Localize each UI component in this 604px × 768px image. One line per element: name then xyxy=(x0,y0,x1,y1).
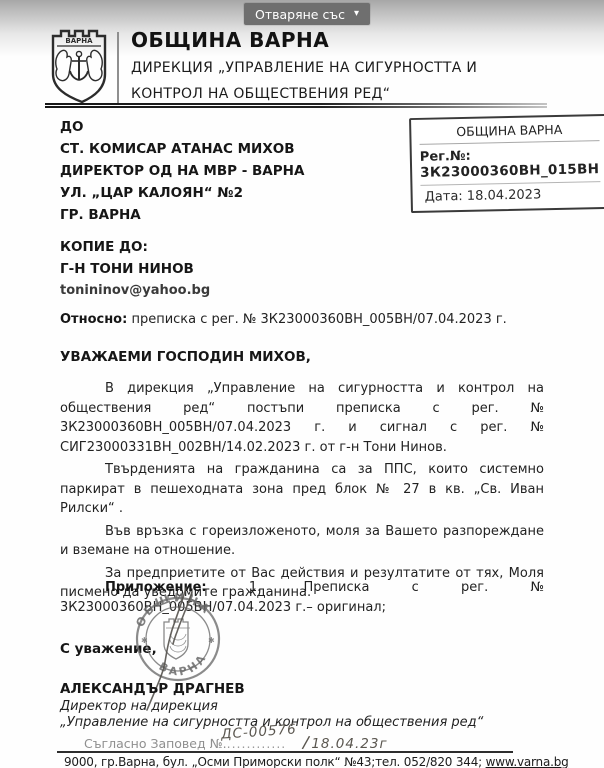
recipient-block: ДО СТ. КОМИСАР АТАНАС МИХОВ ДИРЕКТОР ОД … xyxy=(60,116,304,226)
reg-stamp-org: ОБЩИНА ВАРНА xyxy=(419,121,599,145)
body-paragraph: Твърденията на гражданина са за ППС, кои… xyxy=(60,460,544,519)
subject-label: Относно: xyxy=(60,312,127,327)
subject-text: преписка с рег. № 3К23000360ВН_005ВН/07.… xyxy=(127,312,506,327)
stamp-star-left: ✱ xyxy=(141,636,148,645)
footer-address: 9000, гр.Варна, бул. „Осми Приморски пол… xyxy=(64,755,486,768)
body-paragraph: Във връзка с гореизложеното, моля за Ваш… xyxy=(60,522,544,561)
recipient-line: СТ. КОМИСАР АТАНАС МИХОВ xyxy=(60,138,304,160)
copy-to-name: Г-Н ТОНИ НИНОВ xyxy=(60,258,210,280)
order-date-handwritten: 18.04.23г xyxy=(311,736,387,752)
varna-coat-of-arms-logo: ВАРНА xyxy=(50,28,108,106)
footer-address-line: 9000, гр.Варна, бул. „Осми Приморски пол… xyxy=(64,755,569,768)
registration-stamp-box: ОБЩИНА ВАРНА Рег.№: 3К23000360ВН_015ВН Д… xyxy=(409,114,604,213)
scanned-letter-page: Отваряне със ▾ ВАРНА ОБЩИНА ВАРНА ДИРЕКЦ… xyxy=(0,0,604,768)
recipient-line: ДИРЕКТОР ОД НА МВР - ВАРНА xyxy=(60,160,304,182)
chevron-down-icon: ▾ xyxy=(354,9,359,19)
stamp-star-right: ✱ xyxy=(208,636,215,645)
letter-body: В дирекция „Управление на сигурността и … xyxy=(60,379,544,606)
salutation: УВАЖАЕМИ ГОСПОДИН МИХОВ, xyxy=(60,349,311,365)
open-with-button[interactable]: Отваряне със ▾ xyxy=(244,3,370,25)
signatory-title-line1: Директор на дирекция xyxy=(60,699,218,714)
logo-banner-text: ВАРНА xyxy=(65,37,93,45)
recipient-line: ГР. ВАРНА xyxy=(60,204,304,226)
letterhead-divider xyxy=(117,32,119,104)
copy-to-label: КОПИЕ ДО: xyxy=(60,236,210,258)
header-rule xyxy=(45,103,547,109)
order-reference-line: Съгласно Заповед №.............ДС-00576/… xyxy=(84,733,388,753)
recipient-line: ДО xyxy=(60,116,304,138)
copy-to-email: tonininov@yahoo.bg xyxy=(60,280,210,302)
signatory-name: АЛЕКСАНДЪР ДРАГНЕВ xyxy=(60,681,245,697)
directorate-name-line1: ДИРЕКЦИЯ „УПРАВЛЕНИЕ НА СИГУРНОСТТА И xyxy=(131,60,477,76)
footer-rule xyxy=(57,751,513,753)
directorate-name-line2: КОНТРОЛ НА ОБЩЕСТВЕНИЯ РЕД“ xyxy=(131,86,390,102)
page-title-org-name: ОБЩИНА ВАРНА xyxy=(131,28,329,52)
order-stamp-text: Съгласно Заповед №. xyxy=(84,736,227,751)
reg-date: Дата: 18.04.2023 xyxy=(420,182,600,205)
body-paragraph: В дирекция „Управление на сигурността и … xyxy=(60,379,544,457)
order-dotted-line: ............ДС-00576 xyxy=(227,736,297,751)
open-with-label: Отваряне със xyxy=(255,7,345,22)
subject-line: Относно: преписка с рег. № 3К23000360ВН_… xyxy=(60,312,507,327)
footer-website-link[interactable]: www.varna.bg xyxy=(486,755,569,768)
recipient-line: УЛ. „ЦАР КАЛОЯН“ №2 xyxy=(60,182,304,204)
copy-to-block: КОПИЕ ДО: Г-Н ТОНИ НИНОВ tonininov@yahoo… xyxy=(60,236,210,302)
